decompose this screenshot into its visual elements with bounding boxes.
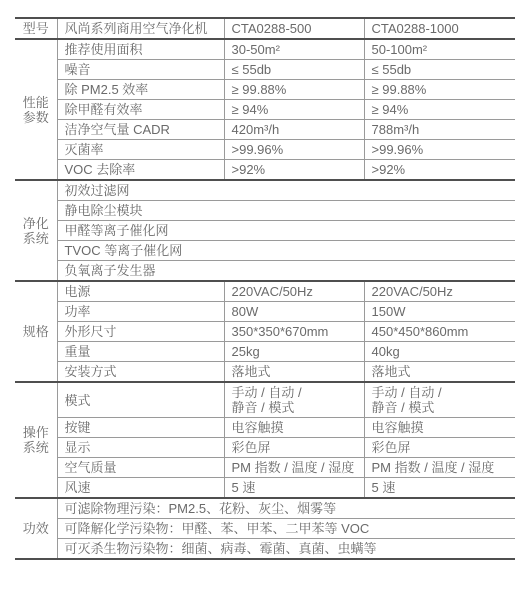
spec-value-cell: 220VAC/50Hz [364, 281, 515, 302]
spec-value-cell: 电容触摸 [224, 418, 364, 438]
spec-value-cell: 手动 / 自动 / 静音 / 模式 [364, 382, 515, 418]
spec-value-cell: PM 指数 / 温度 / 湿度 [224, 458, 364, 478]
spec-value-cell: CTA0288-1000 [364, 18, 515, 39]
spec-label-cell: 推荐使用面积 [57, 39, 224, 60]
table-row: 外形尺寸350*350*670mm450*450*860mm [15, 322, 515, 342]
table-row: 净化系统初效过滤网 [15, 180, 515, 201]
spec-merged-cell: 静电除尘模块 [57, 201, 515, 221]
spec-value-cell: 彩色屏 [364, 438, 515, 458]
spec-value-cell: 350*350*670mm [224, 322, 364, 342]
table-row: 除 PM2.5 效率≥ 99.88%≥ 99.88% [15, 80, 515, 100]
spec-table-body: 型号风尚系列商用空气净化机CTA0288-500CTA0288-1000性能参数… [15, 18, 515, 559]
table-row: 空气质量PM 指数 / 温度 / 湿度PM 指数 / 温度 / 湿度 [15, 458, 515, 478]
spec-label-cell: 功率 [57, 302, 224, 322]
spec-value-cell: PM 指数 / 温度 / 湿度 [364, 458, 515, 478]
spec-value-cell: 30-50m² [224, 39, 364, 60]
spec-value-cell: 220VAC/50Hz [224, 281, 364, 302]
table-row: 负氧离子发生器 [15, 261, 515, 282]
spec-value-cell: 420m³/h [224, 120, 364, 140]
spec-label-cell: 空气质量 [57, 458, 224, 478]
spec-value-cell: >99.96% [364, 140, 515, 160]
spec-value-cell: 5 速 [364, 478, 515, 499]
spec-merged-cell: 可降解化学污染物：甲醛、苯、甲苯、二甲苯等 VOC [57, 519, 515, 539]
table-row: 除甲醛有效率≥ 94%≥ 94% [15, 100, 515, 120]
table-row: 灭菌率>99.96%>99.96% [15, 140, 515, 160]
spec-label-cell: 灭菌率 [57, 140, 224, 160]
table-row: 按键电容触摸电容触摸 [15, 418, 515, 438]
spec-merged-cell: 负氧离子发生器 [57, 261, 515, 282]
spec-value-cell: >92% [224, 160, 364, 181]
table-row: 甲醛等离子催化网 [15, 221, 515, 241]
spec-merged-cell: TVOC 等离子催化网 [57, 241, 515, 261]
spec-value-cell: >92% [364, 160, 515, 181]
spec-value-cell: 25kg [224, 342, 364, 362]
spec-label-cell: 噪音 [57, 60, 224, 80]
spec-value-cell: 450*450*860mm [364, 322, 515, 342]
spec-merged-cell: 可灭杀生物污染物：细菌、病毒、霉菌、真菌、虫螨等 [57, 539, 515, 560]
spec-label-cell: 除甲醛有效率 [57, 100, 224, 120]
spec-value-cell: 手动 / 自动 / 静音 / 模式 [224, 382, 364, 418]
spec-value-cell: 80W [224, 302, 364, 322]
table-row: 功率80W150W [15, 302, 515, 322]
category-cell: 净化系统 [15, 180, 57, 281]
spec-value-cell: 5 速 [224, 478, 364, 499]
table-row: 噪音≤ 55db≤ 55db [15, 60, 515, 80]
spec-label-cell: 洁净空气量 CADR [57, 120, 224, 140]
spec-value-cell: ≥ 94% [364, 100, 515, 120]
spec-label-cell: VOC 去除率 [57, 160, 224, 181]
spec-label-cell: 风速 [57, 478, 224, 499]
table-row: 性能参数推荐使用面积30-50m²50-100m² [15, 39, 515, 60]
spec-value-cell: ≥ 99.88% [224, 80, 364, 100]
spec-value-cell: >99.96% [224, 140, 364, 160]
spec-label-cell: 安装方式 [57, 362, 224, 383]
spec-value-cell: 电容触摸 [364, 418, 515, 438]
category-cell: 功效 [15, 498, 57, 559]
spec-label-cell: 除 PM2.5 效率 [57, 80, 224, 100]
table-row: 规格电源220VAC/50Hz220VAC/50Hz [15, 281, 515, 302]
table-row: 显示彩色屏彩色屏 [15, 438, 515, 458]
table-row: 洁净空气量 CADR420m³/h788m³/h [15, 120, 515, 140]
spec-label-cell: 显示 [57, 438, 224, 458]
table-row: 重量25kg40kg [15, 342, 515, 362]
category-cell: 型号 [15, 18, 57, 39]
table-row: 功效可滤除物理污染：PM2.5、花粉、灰尘、烟雾等 [15, 498, 515, 519]
spec-value-cell: 落地式 [224, 362, 364, 383]
spec-value-cell: 788m³/h [364, 120, 515, 140]
spec-value-cell: 150W [364, 302, 515, 322]
table-row: 可灭杀生物污染物：细菌、病毒、霉菌、真菌、虫螨等 [15, 539, 515, 560]
specification-table: 型号风尚系列商用空气净化机CTA0288-500CTA0288-1000性能参数… [15, 17, 515, 560]
table-row: 操作系统模式手动 / 自动 / 静音 / 模式手动 / 自动 / 静音 / 模式 [15, 382, 515, 418]
spec-value-cell: ≥ 99.88% [364, 80, 515, 100]
spec-value-cell: ≤ 55db [224, 60, 364, 80]
table-row: TVOC 等离子催化网 [15, 241, 515, 261]
table-row: 静电除尘模块 [15, 201, 515, 221]
spec-value-cell: 50-100m² [364, 39, 515, 60]
table-row: 安装方式落地式落地式 [15, 362, 515, 383]
spec-value-cell: ≤ 55db [364, 60, 515, 80]
spec-label-cell: 电源 [57, 281, 224, 302]
spec-label-cell: 模式 [57, 382, 224, 418]
table-row: VOC 去除率>92%>92% [15, 160, 515, 181]
spec-label-cell: 重量 [57, 342, 224, 362]
spec-merged-cell: 可滤除物理污染：PM2.5、花粉、灰尘、烟雾等 [57, 498, 515, 519]
spec-value-cell: 落地式 [364, 362, 515, 383]
spec-merged-cell: 初效过滤网 [57, 180, 515, 201]
spec-label-cell: 风尚系列商用空气净化机 [57, 18, 224, 39]
spec-label-cell: 外形尺寸 [57, 322, 224, 342]
spec-label-cell: 按键 [57, 418, 224, 438]
spec-value-cell: CTA0288-500 [224, 18, 364, 39]
spec-merged-cell: 甲醛等离子催化网 [57, 221, 515, 241]
table-row: 风速5 速5 速 [15, 478, 515, 499]
category-cell: 操作系统 [15, 382, 57, 498]
table-row: 型号风尚系列商用空气净化机CTA0288-500CTA0288-1000 [15, 18, 515, 39]
spec-value-cell: 40kg [364, 342, 515, 362]
spec-value-cell: 彩色屏 [224, 438, 364, 458]
spec-value-cell: ≥ 94% [224, 100, 364, 120]
category-cell: 性能参数 [15, 39, 57, 180]
table-row: 可降解化学污染物：甲醛、苯、甲苯、二甲苯等 VOC [15, 519, 515, 539]
spec-sheet: 型号风尚系列商用空气净化机CTA0288-500CTA0288-1000性能参数… [15, 17, 515, 560]
category-cell: 规格 [15, 281, 57, 382]
